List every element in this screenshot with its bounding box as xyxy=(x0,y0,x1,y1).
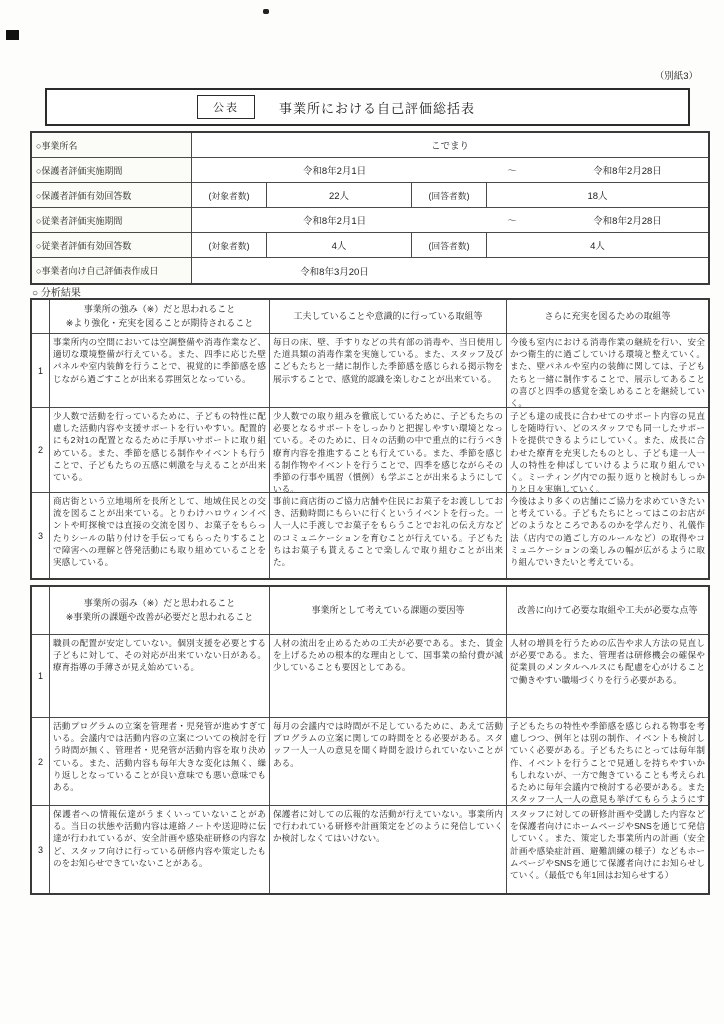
weaknesses-row-2: 2 活動プログラムの立案を管理者・児発管が進めすぎている。会議内では活動内容の立… xyxy=(32,718,708,806)
row-number: 2 xyxy=(32,718,50,805)
target-count-value: 22人 xyxy=(267,183,412,207)
cause-text: 保護者に対しての広報的な活動が行えていない。事業所内で行われている研修や計画策定… xyxy=(270,806,507,893)
strengths-row-2: 2 少人数で活動を行っているために、子どもの特性に配慮した活動内容や支援サポート… xyxy=(32,408,708,493)
weaknesses-header-row: 事業所の弱み（※）だと思われること ※事業所の課題や改善が必要だと思われること … xyxy=(32,587,708,635)
strengths-table: 事業所の強み（※）だと思われること ※より強化・充実を図ることが期待されること … xyxy=(30,298,710,580)
period-tilde: ～ xyxy=(477,213,547,227)
initiative-text: 事前に商店街のご協力店舗や住民にお菓子をお渡ししておき、活動時間にもらいに行くと… xyxy=(270,493,507,578)
strength-text: 商店街という立地場所を長所として、地域住民との交流を図ることが出来ている。とりわ… xyxy=(50,493,270,578)
row-number: 3 xyxy=(32,806,50,893)
target-count-label: (対象者数) xyxy=(192,183,267,207)
strengths-header-col2: 工夫していることや意識的に行っている取組等 xyxy=(270,300,507,333)
target-count-label: (対象者数) xyxy=(192,233,267,257)
period-values: 令和8年2月1日 ～ 令和8年2月28日 xyxy=(192,208,708,232)
period-values: 令和8年2月1日 ～ 令和8年2月28日 xyxy=(192,158,708,182)
attachment-number-note: （別紙3） xyxy=(655,68,698,82)
header-line-sub: ※事業所の課題や改善が必要だと思われること xyxy=(66,611,254,624)
initiative-text: 少人数での取り組みを徹底しているために、子どもたちの必要となるサポートをしっかり… xyxy=(270,408,507,492)
row-number-header xyxy=(32,587,50,634)
info-row-guardian-responses: ○保護者評価有効回答数 (対象者数) 22人 (回答者数) 18人 xyxy=(32,183,708,208)
period-tilde: ～ xyxy=(477,163,547,177)
row-number: 2 xyxy=(32,408,50,492)
weakness-text: 職員の配置が安定していない。個別支援を必要とする子どもに対して、その対応が出来て… xyxy=(50,635,270,717)
facility-info-table: ○事業所名 こでまり ○保護者評価実施期間 令和8年2月1日 ～ 令和8年2月2… xyxy=(30,131,710,285)
creation-date-wrap: 令和8年3月20日 xyxy=(192,258,708,283)
creation-date-value: 令和8年3月20日 xyxy=(192,264,477,278)
info-row-guardian-period: ○保護者評価実施期間 令和8年2月1日 ～ 令和8年2月28日 xyxy=(32,158,708,183)
period-end-date: 令和8年2月28日 xyxy=(547,213,708,227)
strengths-row-3: 3 商店街という立地場所を長所として、地域住民との交流を図ることが出来ている。と… xyxy=(32,493,708,578)
weaknesses-row-1: 1 職員の配置が安定していない。個別支援を必要とする子どもに対して、その対応が出… xyxy=(32,635,708,718)
improvement-text: スタッフに対しての研修計画や受講した内容などを保護者向けにホームページやSNSを… xyxy=(507,806,708,893)
answer-count-label: (回答者数) xyxy=(412,233,487,257)
info-row-staff-responses: ○従業者評価有効回答数 (対象者数) 4人 (回答者数) 4人 xyxy=(32,233,708,258)
header-line-main: 事業所の強み（※）だと思われること xyxy=(84,303,236,316)
info-label: ○保護者評価有効回答数 xyxy=(32,183,192,207)
info-row-facility-name: ○事業所名 こでまり xyxy=(32,133,708,158)
facility-name-value: こでまり xyxy=(192,133,708,157)
info-label: ○従業者評価実施期間 xyxy=(32,208,192,232)
strengths-header-col1: 事業所の強み（※）だと思われること ※より強化・充実を図ることが期待されること xyxy=(50,300,270,333)
period-start-date: 令和8年2月1日 xyxy=(192,213,477,227)
weaknesses-row-3: 3 保護者への情報伝達がうまくいっていないことがある。当日の状態や活動内容は連絡… xyxy=(32,806,708,893)
info-label: ○事業所名 xyxy=(32,133,192,157)
weaknesses-header-col2: 事業所として考えている課題の要因等 xyxy=(270,587,507,634)
row-number-header xyxy=(32,300,50,333)
row-number: 1 xyxy=(32,334,50,407)
cause-text: 人材の流出を止めるための工夫が必要である。また、賃金を上げるための根本的な理由と… xyxy=(270,635,507,717)
answer-count-label: (回答者数) xyxy=(412,183,487,207)
strengths-header-col3: さらに充実を図るための取組等 xyxy=(507,300,708,333)
publish-stamp: 公表 xyxy=(197,95,255,119)
weakness-text: 活動プログラムの立案を管理者・児発管が進めすぎている。会議内では活動内容の立案に… xyxy=(50,718,270,805)
weaknesses-header-col3: 改善に向けて必要な取組や工夫が必要な点等 xyxy=(507,587,708,634)
info-label: ○従業者評価有効回答数 xyxy=(32,233,192,257)
header-line-main: 事業所の弱み（※）だと思われること xyxy=(84,597,236,610)
initiative-text: 毎日の床、壁、手すりなどの共有部の消毒や、当日使用した道具類の消毒作業を実施して… xyxy=(270,334,507,407)
enhancement-text: 今後も室内における消毒作業の継続を行い、安全かつ衛生的に過ごしていける環境と整え… xyxy=(507,334,708,407)
strengths-header-row: 事業所の強み（※）だと思われること ※より強化・充実を図ることが期待されること … xyxy=(32,300,708,334)
cause-text: 毎月の会議内では時間が不足しているために、あえて活動プログラムの立案に関しての時… xyxy=(270,718,507,805)
target-count-value: 4人 xyxy=(267,233,412,257)
scanned-document-page: （別紙3） 公表 事業所における自己評価総括表 ○事業所名 こでまり ○保護者評… xyxy=(0,0,724,1024)
row-number: 3 xyxy=(32,493,50,578)
document-title-banner: 公表 事業所における自己評価総括表 xyxy=(45,88,690,126)
info-label: ○事業者向け自己評価表作成日 xyxy=(32,258,192,283)
weakness-text: 保護者への情報伝達がうまくいっていないことがある。当日の状態や活動内容は連絡ノー… xyxy=(50,806,270,893)
info-label: ○保護者評価実施期間 xyxy=(32,158,192,182)
analysis-results-heading: ○ 分析結果 xyxy=(32,284,81,299)
answer-count-value: 18人 xyxy=(487,183,708,207)
scan-artifact xyxy=(6,30,19,40)
period-start-date: 令和8年2月1日 xyxy=(192,163,477,177)
info-row-staff-period: ○従業者評価実施期間 令和8年2月1日 ～ 令和8年2月28日 xyxy=(32,208,708,233)
improvement-text: 人材の増員を行うための広告や求人方法の見直しが必要である。また、管理者は研修機会… xyxy=(507,635,708,717)
improvement-text: 子どもたちの特性や季節感を感じられる物事を考慮しつつ、例年とは別の制作、イベント… xyxy=(507,718,708,805)
scan-artifact xyxy=(263,9,269,14)
answer-count-value: 4人 xyxy=(487,233,708,257)
enhancement-text: 子ども達の成長に合わせてのサポート内容の見直しを随時行い、どのスタッフでも同一し… xyxy=(507,408,708,492)
period-end-date: 令和8年2月28日 xyxy=(547,163,708,177)
header-line-sub: ※より強化・充実を図ることが期待されること xyxy=(66,317,254,330)
strengths-row-1: 1 事業所内の空間においては空調整備や消毒作業など、適切な環境整備が行えている。… xyxy=(32,334,708,408)
weaknesses-header-col1: 事業所の弱み（※）だと思われること ※事業所の課題や改善が必要だと思われること xyxy=(50,587,270,634)
document-title: 事業所における自己評価総括表 xyxy=(279,98,475,117)
row-number: 1 xyxy=(32,635,50,717)
strength-text: 事業所内の空間においては空調整備や消毒作業など、適切な環境整備が行えている。また… xyxy=(50,334,270,407)
weaknesses-table: 事業所の弱み（※）だと思われること ※事業所の課題や改善が必要だと思われること … xyxy=(30,585,710,895)
info-row-creation-date: ○事業者向け自己評価表作成日 令和8年3月20日 xyxy=(32,258,708,283)
enhancement-text: 今後はより多くの店舗にご協力を求めていきたいと考えている。子どもたちにとってはこ… xyxy=(507,493,708,578)
strength-text: 少人数で活動を行っているために、子どもの特性に配慮した活動内容や支援サポートを行… xyxy=(50,408,270,492)
